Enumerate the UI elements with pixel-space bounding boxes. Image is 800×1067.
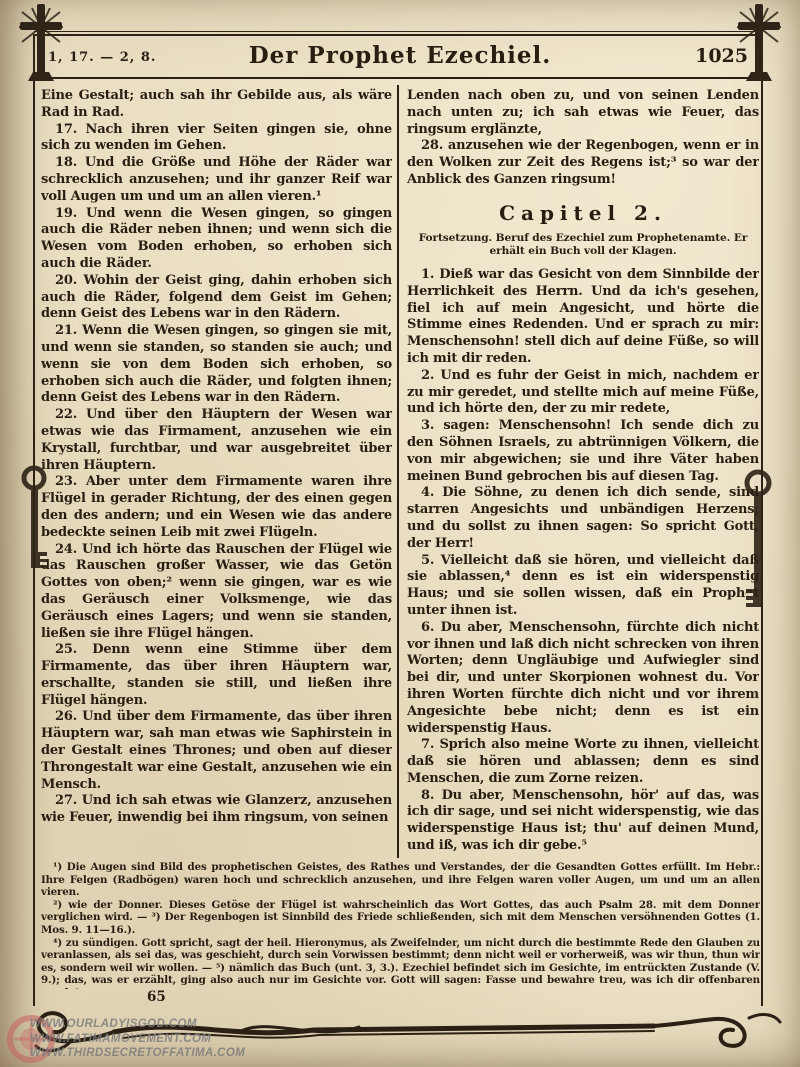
scanned-book-page: 1, 17. — 2, 8. Der Prophet Ezechiel. 102… [0,0,800,1067]
verse-paragraph: Eine Gestalt; auch sah ihr Gebilde aus, … [41,88,392,122]
border-key-ornament-icon [742,465,774,625]
verse-paragraph: 23. Aber unter dem Firmamente waren ihre… [41,474,392,541]
page-title: Der Prophet Ezechiel. [0,42,800,69]
watermark-line: WWW.THIRDSECRETOFFATIMA.COM [30,1046,245,1061]
verse-paragraph: 20. Wohin der Geist ging, dahin erhoben … [41,273,392,323]
verse-paragraph: 6. Du aber, Menschensohn, fürchte dich n… [407,620,759,738]
verse-paragraph: 18. Und die Größe und Höhe der Räder war… [41,155,392,205]
verse-paragraph: 21. Wenn die Wesen gingen, so gingen sie… [41,323,392,407]
verse-paragraph: 7. Sprich also meine Worte zu ihnen, vie… [407,737,759,787]
footnote-paragraph: ¹) Die Augen sind Bild des prophetischen… [41,861,760,899]
verse-paragraph: 22. Und über den Häuptern der Wesen war … [41,407,392,474]
verse-paragraph: Lenden nach oben zu, und von seinen Lend… [407,88,759,138]
border-key-ornament-icon [18,462,50,580]
footnote-paragraph: ⁴) zu sündigen. Gott spricht, sagt der h… [41,937,760,989]
chapter-heading: Capitel 2. [407,205,759,222]
verse-paragraph: 25. Denn wenn eine Stimme über dem Firma… [41,642,392,709]
column-divider-rule [397,85,399,858]
verse-paragraph: 17. Nach ihren vier Seiten gingen sie, o… [41,122,392,156]
verse-paragraph: 1. Dieß war das Gesicht von dem Sinnbild… [407,267,759,368]
verse-paragraph: 3. sagen: Menschensohn! Ich sende dich z… [407,418,759,485]
watermark-line: WWW.FATIMAMOVEMENT.COM [30,1032,245,1047]
right-column-top-verses: Lenden nach oben zu, und von seinen Lend… [407,88,759,189]
verse-paragraph: 28. anzusehen wie der Regenbogen, wenn e… [407,138,759,188]
left-text-column: Eine Gestalt; auch sah ihr Gebilde aus, … [41,88,392,860]
verse-paragraph: 8. Du aber, Menschensohn, hör' auf das, … [407,788,759,855]
footnotes-block: ¹) Die Augen sind Bild des prophetischen… [41,861,760,989]
verse-paragraph: 2. Und es fuhr der Geist in mich, nachde… [407,368,759,418]
frame-top-rule [34,34,762,36]
chapter-summary: Fortsetzung. Beruf des Ezechiel zum Prop… [417,232,749,258]
verse-paragraph: 26. Und über dem Firmamente, das über ih… [41,709,392,793]
verse-paragraph: 27. Und ich sah etwas wie Glanzerz, anzu… [41,793,392,827]
verse-paragraph: 19. Und wenn die Wesen gingen, so gingen… [41,206,392,273]
watermark-line: WWW.OURLADYISGOD.COM [30,1017,245,1032]
corner-cross-icon [728,0,790,84]
watermark-text: WWW.OURLADYISGOD.COM WWW.FATIMAMOVEMENT.… [30,1017,245,1061]
verse-paragraph: 24. Und ich hörte das Rauschen der Flüge… [41,542,392,643]
corner-cross-icon [10,0,72,84]
right-text-column: Lenden nach oben zu, und von seinen Lend… [407,88,759,860]
verse-paragraph: 4. Die Söhne, zu denen ich dich sende, s… [407,485,759,552]
header-divider-rule [34,77,762,79]
footnote-paragraph: ²) wie der Donner. Dieses Getöse der Flü… [41,899,760,937]
right-column-verses: 1. Dieß war das Gesicht von dem Sinnbild… [407,267,759,855]
verse-paragraph: 5. Vielleicht daß sie hören, und viellei… [407,553,759,620]
frame-top-thin-rule [34,31,762,32]
